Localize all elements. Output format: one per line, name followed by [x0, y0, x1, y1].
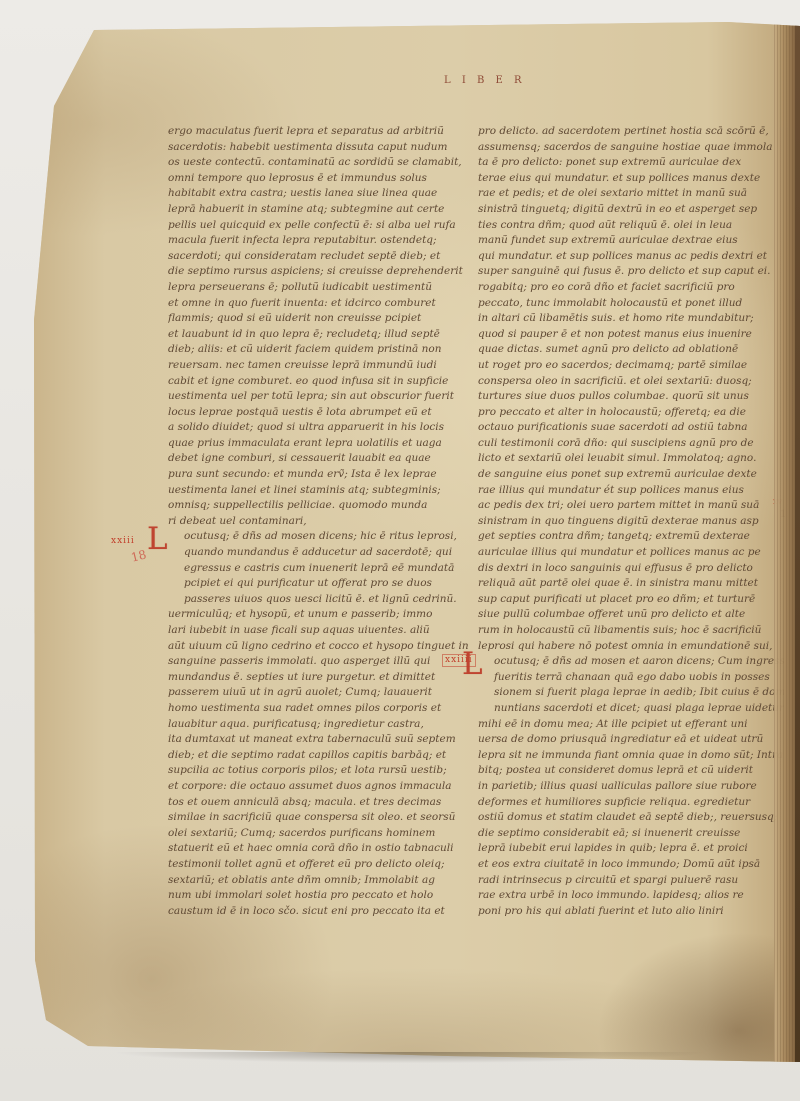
text-line: deformes et humiliores supficie reliqua.… [478, 795, 784, 811]
text-line: super sanguinē qui fusus ē. pro delicto … [478, 264, 784, 280]
text-line: pro delicto. ad sacerdotem pertinet host… [478, 124, 784, 140]
text-line: lauabitur aqua. purificatusq; ingredietu… [168, 717, 474, 733]
text-line: reuersam. nec tamen creuisse leprā immun… [168, 358, 474, 374]
text-line: quando mundandus ē adducetur ad sacerdot… [168, 545, 474, 561]
text-line: pellis uel quicquid ex pelle confectũ ē:… [168, 218, 474, 234]
text-line: statuerit eũ et haec omnia corā dño in o… [168, 841, 474, 857]
text-line: licto et sextariũ olei leuabit simul. Im… [478, 451, 784, 467]
chapter-numeral-xxiiii: xxiiii [442, 654, 476, 667]
text-line: leprā habuerit in stamine atq; subtegmin… [168, 202, 474, 218]
text-line: pura sunt secundo: et munda erṽ; Ista ē … [168, 467, 474, 483]
text-line: passeres uiuos quos uesci licitũ ē. et l… [168, 592, 474, 608]
text-line: a solido diuidet; quod si ultra apparuer… [168, 420, 474, 436]
text-line: et lauabunt id in quo lepra ē; recludetq… [168, 327, 474, 343]
text-line: quae prius immaculata erant lepra uolati… [168, 436, 474, 452]
text-line: turtures siue duos pullos columbae. quor… [478, 389, 784, 405]
text-line: qui mundatur. et sup pollices manus ac p… [478, 249, 784, 265]
text-line: uestimenta uel per totũ lepra; sin aut o… [168, 389, 474, 405]
text-line: get septies contra dñm; tangetq; extremũ… [478, 529, 784, 545]
text-line: ostiũ domus et statim claudet eā septē d… [478, 810, 784, 826]
text-line: sinistram in quo tinguens digitũ dextera… [478, 514, 784, 530]
text-line: homo uestimenta sua radet omnes pilos co… [168, 701, 474, 717]
page-shadow [40, 1052, 780, 1066]
text-line: assumensq; sacerdos de sanguine hostiae … [478, 140, 784, 156]
text-line: aũt uiuum cũ ligno cedrino et cocco et h… [168, 639, 474, 655]
text-line: rogabitq; pro eo corā dño et faciet sacr… [478, 280, 784, 296]
text-line: nuntians sacerdoti et dicet; quasi plaga… [478, 701, 784, 717]
text-column-left: L ergo maculatus fuerit lepra et separat… [168, 124, 474, 919]
text-line: in altari cũ libamētis suis. et homo rit… [478, 311, 784, 327]
text-line: lari iubebit in uase ficali sup aquas ui… [168, 623, 474, 639]
text-line: dieb; aliis: et cũ uiderit faciem quidem… [168, 342, 474, 358]
text-line: ocutusq; ē dñs ad mosen dicens; hic ē ri… [168, 529, 474, 545]
text-line: lepra perseuerans ē; pollutũ iudicabit u… [168, 280, 474, 296]
text-line: die septimo rursus aspiciens; si creuiss… [168, 264, 474, 280]
text-line: culi testimonii corā dño: qui suscipiens… [478, 436, 784, 452]
text-line: tos et ouem anniculā absq; macula. et tr… [168, 795, 474, 811]
text-line: leprosi qui habere nō potest omnia in em… [478, 639, 784, 655]
text-line: auriculae illius qui mundatur et pollice… [478, 545, 784, 561]
text-line: rae illius qui mundatur ét sup pollices … [478, 483, 784, 499]
text-line: caustum id ē in loco sčo. sicut eni pro … [168, 904, 474, 920]
text-line: rae extra urbē in loco immundo. lapidesq… [478, 888, 784, 904]
photo-backdrop: { "header": { "title": "L I B E R" }, "m… [0, 0, 800, 1101]
text-line: testimonii tollet agnũ et offeret eũ pro… [168, 857, 474, 873]
text-line: sup caput purificati ut placet pro eo dñ… [478, 592, 784, 608]
text-line: similae in sacrificiũ quae conspersa sit… [168, 810, 474, 826]
quire-mark: 18 [130, 547, 148, 564]
chapter-numeral-xxiii: xxiii [111, 536, 135, 546]
text-line: locus leprae postquā uestis ē lota abrum… [168, 405, 474, 421]
text-column-right: L pro delicto. ad sacerdotem pertinet ho… [478, 124, 784, 919]
text-line: lepra sit ne immunda fiant omnia quae in… [478, 748, 784, 764]
text-line: die septimo considerabit eā; si inueneri… [478, 826, 784, 842]
text-line: siue pullũ columbae offeret unũ pro deli… [478, 607, 784, 623]
text-line: num ubi immolari solet hostia pro peccat… [168, 888, 474, 904]
text-line: omni tempore quo leprosus ē et immundus … [168, 171, 474, 187]
text-line: mihi eē in domu mea; At ille pcipiet ut … [478, 717, 784, 733]
text-line: olei sextariũ; Cumq; sacerdos purificans… [168, 826, 474, 842]
text-line: radi intrinsecus p circuitũ et spargi pu… [478, 873, 784, 889]
text-line: omnisq; suppellectilis pelliciae. quomod… [168, 498, 474, 514]
text-line: et corpore: die octauo assumet duos agno… [168, 779, 474, 795]
text-line: pcipiet ei qui purificatur ut offerat pr… [168, 576, 474, 592]
text-line: quod si pauper ē et non potest manus eiu… [478, 327, 784, 343]
text-line: supcilia ac totius corporis pilos; et lo… [168, 763, 474, 779]
text-line: rae et pedis; et de olei sextario mittet… [478, 186, 784, 202]
text-line: ita dumtaxat ut maneat extra tabernaculũ… [168, 732, 474, 748]
text-line: mundandus ē. septies ut iure purgetur. e… [168, 670, 474, 686]
text-line: os ueste contectũ. contaminatũ ac sordid… [168, 155, 474, 171]
text-line: flammis; quod si eũ uiderit non creuisse… [168, 311, 474, 327]
binding-edge [795, 20, 800, 1062]
text-line: ut roget pro eo sacerdos; decimamq; part… [478, 358, 784, 374]
text-line: sinistrā tinguetq; digitũ dextrũ in eo e… [478, 202, 784, 218]
text-line: macula fuerit infecta lepra reputabitur.… [168, 233, 474, 249]
text-line: passerem uiuũ ut in agrũ auolet; Cumq; l… [168, 685, 474, 701]
text-line: habitabit extra castra; uestis lanea siu… [168, 186, 474, 202]
text-line: cabit et igne comburet. eo quod infusa s… [168, 374, 474, 390]
text-line: ta ē pro delicto: ponet sup extremũ auri… [478, 155, 784, 171]
text-line: fueritis terrā chanaan quā ego dabo uobi… [478, 670, 784, 686]
text-line: de sanguine eius ponet sup extremũ auric… [478, 467, 784, 483]
text-line: in parietib; illius quasi ualliculas pal… [478, 779, 784, 795]
text-line: ri debeat uel contaminari, [168, 514, 474, 530]
text-line: ergo maculatus fuerit lepra et separatus… [168, 124, 474, 140]
text-line: leprā iubebit erui lapides in quib; lepr… [478, 841, 784, 857]
text-line: dis dextri in loco sanguinis qui effusus… [478, 561, 784, 577]
text-line: ac pedis dex tri; olei uero partem mitte… [478, 498, 784, 514]
text-line: rum in holocaustũ cũ libamentis suis; ho… [478, 623, 784, 639]
text-line: sacerdotis: habebit uestimenta dissuta c… [168, 140, 474, 156]
text-line: pro peccato et alter in holocaustũ; offe… [478, 405, 784, 421]
text-line: quae dictas. sumet agnũ pro delicto ad o… [478, 342, 784, 358]
text-line: terae eius qui mundatur. et sup pollices… [478, 171, 784, 187]
text-line: debet igne comburi, si cessauerit lauabi… [168, 451, 474, 467]
manuscript-page: L I B E R L ergo maculatus fuerit lepra … [28, 20, 800, 1062]
text-line: uersa de domo priusquā ingrediatur eā et… [478, 732, 784, 748]
text-line: poni pro his qui ablati fuerint et luto … [478, 904, 784, 920]
text-line: conspersa oleo in sacrificiũ. et olei se… [478, 374, 784, 390]
text-line: et omne in quo fuerit inuenta: et idcirc… [168, 296, 474, 312]
text-line: octauo purificationis suae sacerdoti ad … [478, 420, 784, 436]
text-line: egressus e castris cum inuenerit leprā e… [168, 561, 474, 577]
text-line: ocutusq; ē dñs ad mosen et aaron dicens;… [478, 654, 784, 670]
text-line: peccato, tunc immolabit holocaustũ et po… [478, 296, 784, 312]
text-line: sionem si fuerit plaga leprae in aedib; … [478, 685, 784, 701]
drop-cap-initial-left: L [147, 524, 167, 554]
text-line: bitq; postea ut consideret domus leprā e… [478, 763, 784, 779]
text-line: manũ fundet sup extremũ auriculae dextra… [478, 233, 784, 249]
running-header: L I B E R [444, 75, 525, 86]
text-line: sanguine passeris immolati. quo asperget… [168, 654, 474, 670]
text-line: sacerdoti; qui consideratam recludet sep… [168, 249, 474, 265]
text-line: uestimenta lanei et linei staminis atq; … [168, 483, 474, 499]
text-line: reliquā aũt partē olei quae ē. in sinist… [478, 576, 784, 592]
text-line: ties contra dñm; quod aũt reliquũ ē. ole… [478, 218, 784, 234]
text-line: uermiculũq; et hysopũ, et unum e passeri… [168, 607, 474, 623]
text-line: sextariũ; et oblatis ante dñm omnib; Imm… [168, 873, 474, 889]
text-line: et eos extra ciuitatē in loco immundo; D… [478, 857, 784, 873]
text-line: dieb; et die septimo radat capillos capi… [168, 748, 474, 764]
